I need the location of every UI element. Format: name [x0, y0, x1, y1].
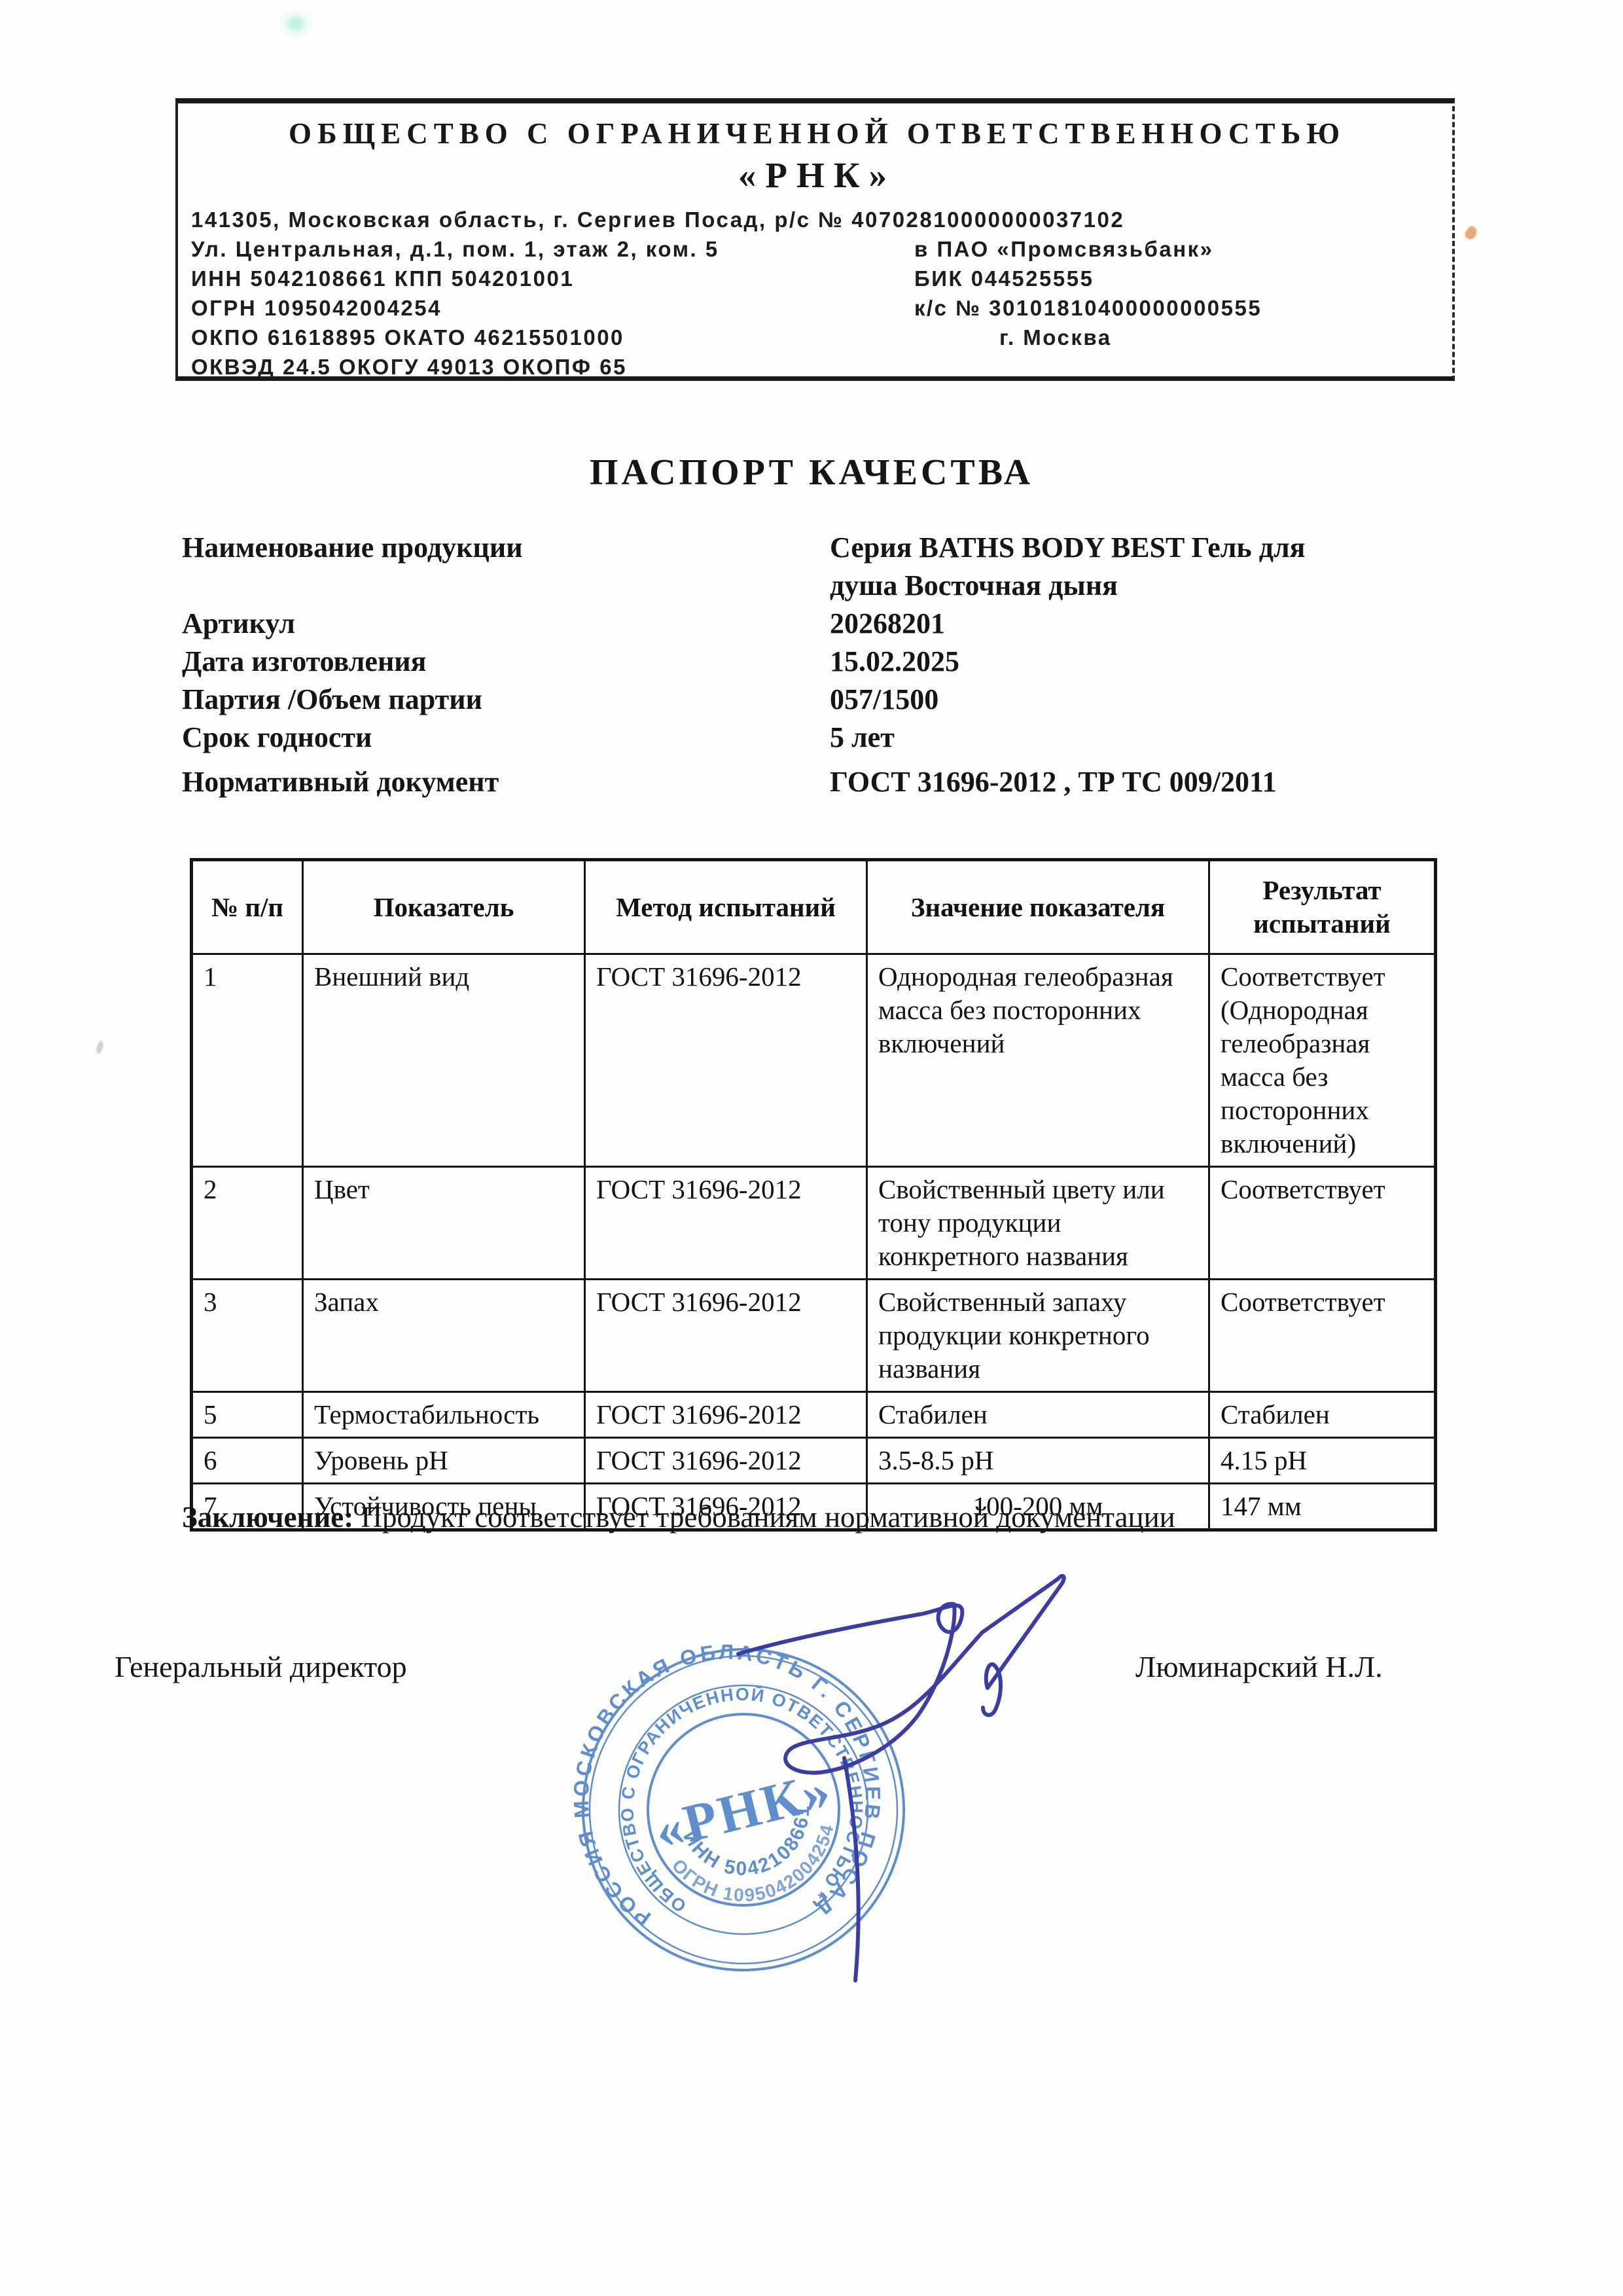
table-cell-indicator: Запах — [303, 1280, 585, 1392]
product-label: Дата изготовления — [182, 643, 830, 681]
product-info: Наименование продукцииСерия BATHS BODY B… — [182, 529, 1458, 801]
product-label: Артикул — [182, 605, 830, 643]
table-cell-result: Соответствует — [1209, 1167, 1436, 1280]
conclusion-line: Заключение: Продукт соответствует требов… — [182, 1500, 1458, 1534]
product-label: Срок годности — [182, 719, 830, 757]
product-row: Артикул20268201 — [182, 605, 1458, 643]
director-name: Люминарский Н.Л. — [1135, 1649, 1383, 1684]
table-row: 6Уровень pHГОСТ 31696-20123.5-8.5 pH4.15… — [192, 1438, 1436, 1484]
product-value: 057/1500 — [830, 681, 1314, 719]
table-cell-indicator: Уровень pH — [303, 1438, 585, 1484]
letterhead-row-left: ОКПО 61618895 ОКАТО 46215501000 — [191, 323, 914, 352]
letterhead-row: ОКПО 61618895 ОКАТО 46215501000г. Москва — [191, 323, 1443, 352]
table-cell-num: 6 — [192, 1438, 303, 1484]
stamp-and-signature: РОССИЯ МОСКОВСКАЯ ОБЛАСТЬ Г. СЕРГИЕВ ПОС… — [563, 1564, 1099, 1996]
table-row: 1Внешний видГОСТ 31696-2012Однородная ге… — [192, 954, 1436, 1167]
product-row: Дата изготовления15.02.2025 — [182, 643, 1458, 681]
product-label: Партия /Объем партии — [182, 681, 830, 719]
conclusion-label: Заключение: — [182, 1501, 353, 1534]
table-cell-indicator: Цвет — [303, 1167, 585, 1280]
document-page: ОБЩЕСТВО С ОГРАНИЧЕННОЙ ОТВЕТСТВЕННОСТЬЮ… — [0, 0, 1623, 2296]
letterhead-row: ОКВЭД 24.5 ОКОГУ 49013 ОКОПФ 65 — [191, 352, 1443, 382]
product-label: Наименование продукции — [182, 529, 830, 567]
table-header-cell: Значение показателя — [867, 860, 1209, 954]
table-cell-method: ГОСТ 31696-2012 — [585, 954, 867, 1167]
product-row: Срок годности5 лет — [182, 719, 1458, 757]
table-cell-result: Соответствует (Однородная гелеобразная м… — [1209, 954, 1436, 1167]
table-header-cell: Метод испытаний — [585, 860, 867, 954]
quality-table-head: № п/пПоказательМетод испытанийЗначение п… — [192, 860, 1436, 954]
table-cell-value: Однородная гелеобразная масса без постор… — [867, 954, 1209, 1167]
letterhead-row-left: ОКВЭД 24.5 ОКОГУ 49013 ОКОПФ 65 — [191, 352, 914, 382]
table-cell-value: 3.5-8.5 pH — [867, 1438, 1209, 1484]
table-cell-result: Соответствует — [1209, 1280, 1436, 1392]
product-row: Партия /Объем партии057/1500 — [182, 681, 1458, 719]
product-label: Нормативный документ — [182, 763, 830, 801]
product-row: Наименование продукцииСерия BATHS BODY B… — [182, 529, 1458, 605]
letterhead-row-left: ОГРН 1095042004254 — [191, 293, 914, 323]
scan-smudge — [281, 12, 310, 35]
table-header-cell: Показатель — [303, 860, 585, 954]
letterhead-box: ОБЩЕСТВО С ОГРАНИЧЕННОЙ ОТВЕТСТВЕННОСТЬЮ… — [175, 98, 1455, 381]
letterhead-row-right: к/с № 30101810400000000555 — [914, 293, 1262, 323]
scan-speck — [1463, 224, 1480, 242]
page-title: ПАСПОРТ КАЧЕСТВА — [0, 452, 1623, 493]
table-cell-method: ГОСТ 31696-2012 — [585, 1167, 867, 1280]
table-cell-value: Свойственный запаху продукции конкретног… — [867, 1280, 1209, 1392]
table-cell-method: ГОСТ 31696-2012 — [585, 1280, 867, 1392]
table-cell-num: 2 — [192, 1167, 303, 1280]
letterhead-row-right: в ПАО «Промсвязьбанк» — [914, 234, 1214, 264]
letterhead-details: 141305, Московская область, г. Сергиев П… — [191, 205, 1443, 382]
table-cell-value: Стабилен — [867, 1392, 1209, 1438]
product-value: ГОСТ 31696-2012 , ТР ТС 009/2011 — [830, 763, 1314, 801]
org-type-line: ОБЩЕСТВО С ОГРАНИЧЕННОЙ ОТВЕТСТВЕННОСТЬЮ — [191, 117, 1443, 151]
quality-table: № п/пПоказательМетод испытанийЗначение п… — [190, 858, 1437, 1532]
letterhead-row-text: 141305, Московская область, г. Сергиев П… — [191, 205, 1124, 234]
quality-table-body: 1Внешний видГОСТ 31696-2012Однородная ге… — [192, 954, 1436, 1530]
table-cell-num: 1 — [192, 954, 303, 1167]
letterhead-row: 141305, Московская область, г. Сергиев П… — [191, 205, 1443, 234]
table-row: 5ТермостабильностьГОСТ 31696-2012Стабиле… — [192, 1392, 1436, 1438]
table-cell-method: ГОСТ 31696-2012 — [585, 1392, 867, 1438]
letterhead-row: Ул. Центральная, д.1, пом. 1, этаж 2, ко… — [191, 234, 1443, 264]
table-header-cell: № п/п — [192, 860, 303, 954]
table-header-row: № п/пПоказательМетод испытанийЗначение п… — [192, 860, 1436, 954]
product-value: 5 лет — [830, 719, 1314, 757]
table-row: 2ЦветГОСТ 31696-2012Свойственный цвету и… — [192, 1167, 1436, 1280]
letterhead-row-right: БИК 044525555 — [914, 264, 1094, 293]
letterhead-row-right: г. Москва — [914, 323, 1112, 352]
product-value: 15.02.2025 — [830, 643, 1314, 681]
table-cell-result: 4.15 pH — [1209, 1438, 1436, 1484]
director-title: Генеральный директор — [115, 1649, 407, 1684]
product-value: 20268201 — [830, 605, 1314, 643]
letterhead-row: ОГРН 1095042004254к/с № 3010181040000000… — [191, 293, 1443, 323]
table-cell-num: 5 — [192, 1392, 303, 1438]
product-row: Нормативный документГОСТ 31696-2012 , ТР… — [182, 763, 1458, 801]
conclusion-text: Продукт соответствует требованиям нормат… — [353, 1501, 1175, 1534]
table-cell-method: ГОСТ 31696-2012 — [585, 1438, 867, 1484]
letterhead-row-left: Ул. Центральная, д.1, пом. 1, этаж 2, ко… — [191, 234, 914, 264]
table-header-cell: Результат испытаний — [1209, 860, 1436, 954]
letterhead-row: ИНН 5042108661 КПП 504201001БИК 04452555… — [191, 264, 1443, 293]
table-cell-result: Стабилен — [1209, 1392, 1436, 1438]
scan-speck — [96, 1040, 105, 1054]
table-cell-num: 3 — [192, 1280, 303, 1392]
product-value: Серия BATHS BODY BEST Гель для душа Вост… — [830, 529, 1314, 605]
table-row: 3ЗапахГОСТ 31696-2012Свойственный запаху… — [192, 1280, 1436, 1392]
round-stamp: РОССИЯ МОСКОВСКАЯ ОБЛАСТЬ Г. СЕРГИЕВ ПОС… — [563, 1603, 938, 1996]
org-name: «РНК» — [191, 154, 1443, 196]
table-cell-indicator: Внешний вид — [303, 954, 585, 1167]
table-cell-indicator: Термостабильность — [303, 1392, 585, 1438]
letterhead-row-left: ИНН 5042108661 КПП 504201001 — [191, 264, 914, 293]
table-cell-value: Свойственный цвету или тону продукции ко… — [867, 1167, 1209, 1280]
